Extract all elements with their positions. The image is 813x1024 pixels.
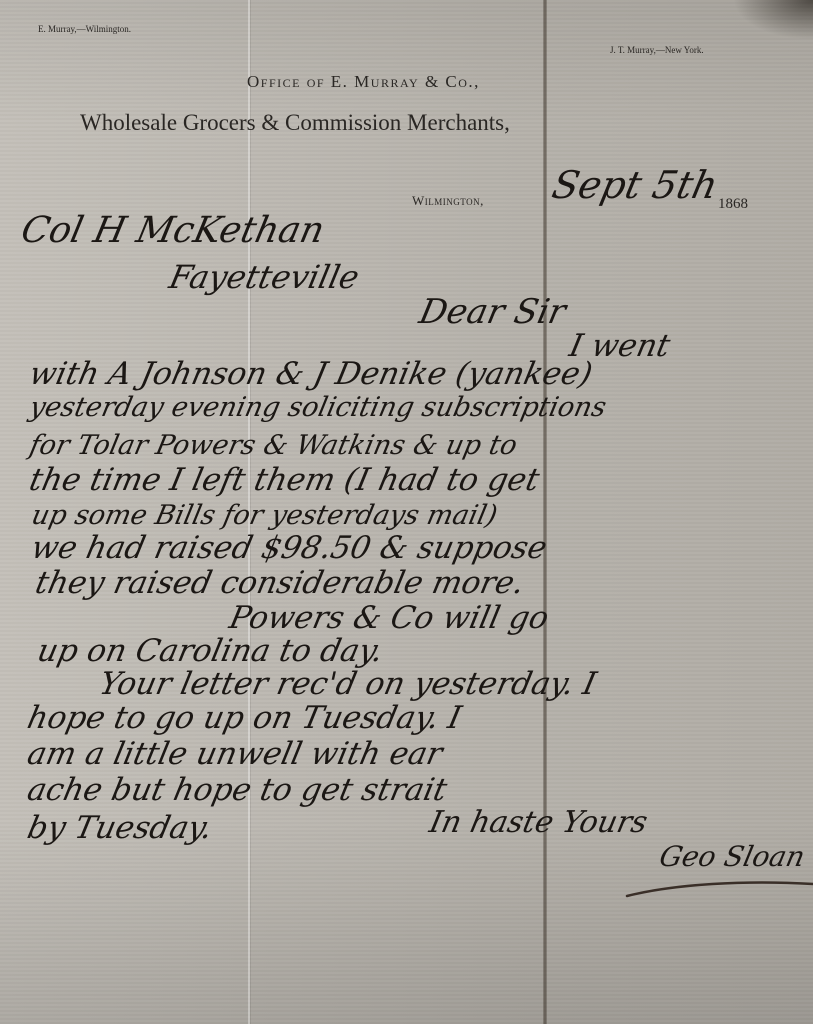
body-line: yesterday evening soliciting subscriptio… xyxy=(27,392,609,423)
body-line: they raised considerable more. xyxy=(32,565,527,601)
closing: In haste Yours xyxy=(426,805,650,840)
body-line: ache but hope to get strait xyxy=(24,772,450,808)
letterhead-right-partner: J. T. Murray,—New York. xyxy=(610,45,704,55)
letter-date: Sept 5th xyxy=(548,163,721,207)
addressee-place: Fayetteville xyxy=(166,258,363,296)
body-line: am a little unwell with ear xyxy=(24,736,445,772)
body-line: for Tolar Powers & Watkins & up to xyxy=(27,430,520,461)
signature: Geo Sloan xyxy=(656,840,807,873)
letterhead-city: Wilmington, xyxy=(412,193,484,209)
letterhead-left-partner: E. Murray,—Wilmington. xyxy=(38,24,131,34)
body-line: Your letter rec'd on yesterday. I xyxy=(96,666,599,702)
corner-shadow xyxy=(733,0,813,40)
signature-flourish xyxy=(625,878,813,900)
body-line: the time I left them (I had to get xyxy=(26,462,542,498)
letter-year: 1868 xyxy=(718,196,748,213)
letter-page: E. Murray,—Wilmington. J. T. Murray,—New… xyxy=(0,0,813,1024)
fold-crease-center xyxy=(543,0,547,1024)
body-line: we had raised $98.50 & suppose xyxy=(28,530,550,566)
letterhead-business: Wholesale Grocers & Commission Merchants… xyxy=(80,110,510,136)
body-line: Powers & Co will go xyxy=(226,600,552,636)
addressee: Col H McKethan xyxy=(18,210,328,251)
body-line: with A Johnson & J Denike (yankee) xyxy=(26,356,595,392)
body-line: by Tuesday. xyxy=(24,810,215,846)
body-line: hope to go up on Tuesday. I xyxy=(24,700,464,736)
letterhead-office: Office of E. Murray & Co., xyxy=(247,72,480,92)
body-line: up some Bills for yesterdays mail) xyxy=(29,500,500,531)
salutation: Dear Sir xyxy=(416,292,570,332)
body-line: up on Carolina to day. xyxy=(34,633,386,669)
